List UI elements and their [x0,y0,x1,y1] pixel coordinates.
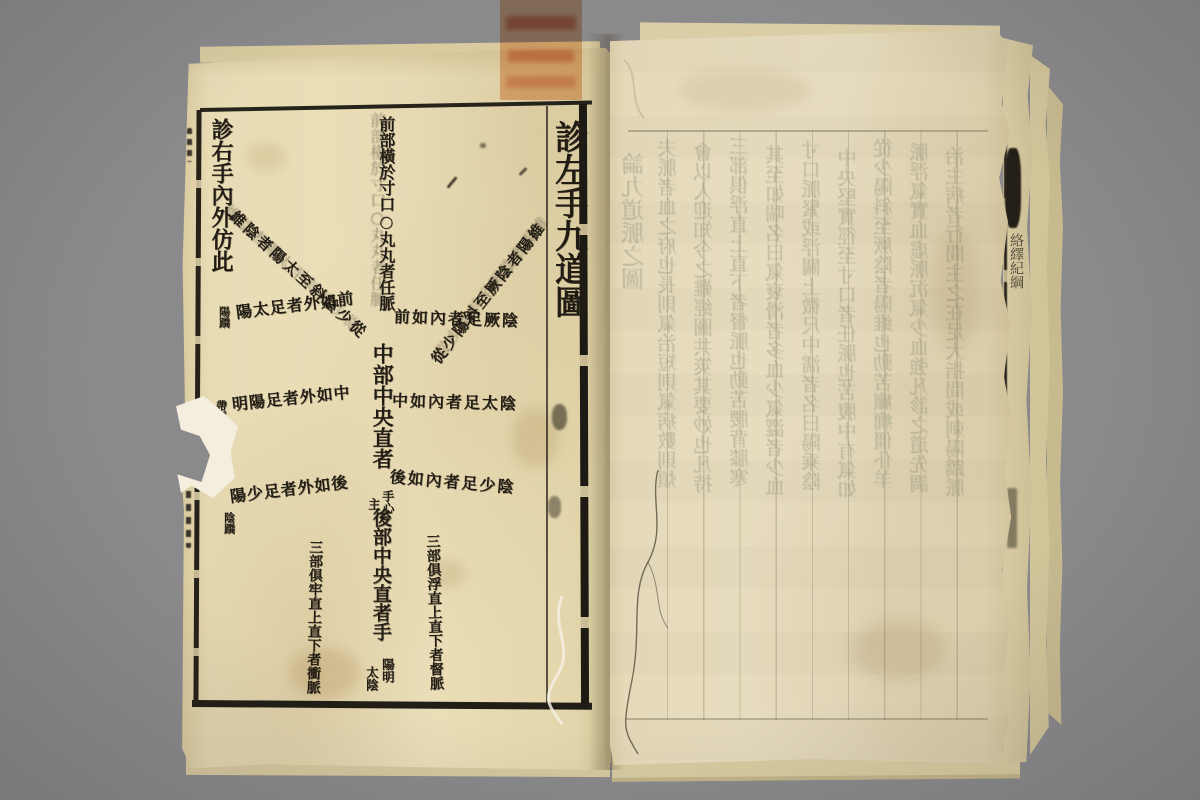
fore-edge-fragment-text: 絡繹紀綱 [1006,233,1024,289]
sticker-red-band-1 [506,16,576,30]
center-bottom-small-left: 太陰 [364,666,378,691]
photo-of-antique-book: 絡繹紀綱 診左手九道圖 診右手內外仿此 前部橫於寸口○丸丸者任脈 前部橫於寸口○… [0,0,1200,800]
ink-speck-1 [480,143,486,148]
center-column-top: 前部橫於寸口○丸丸者任脈 [377,116,394,311]
bleedthrough-text-column: 論九道脈之圖 [618,152,654,290]
row-right-2: 中如內者足太陰 [392,388,519,414]
diagonal-left: 維陰者陽太至斜陰少從 [226,206,373,343]
left-page: 診左手九道圖 診右手內外仿此 前部橫於寸口○丸丸者任脈 前部橫於寸口○丸丸者任脈… [180,48,612,770]
sticker-red-band-2 [508,50,574,62]
page-title: 診左手九道圖 [550,120,587,318]
bleedthrough-text-column: 其至如喘名曰氣衰滑者多血少氣澀者少血 [764,145,790,496]
sticker-red-band-3 [506,76,576,88]
stray-ink-dash-2 [518,167,527,176]
diagonal-right: 從少陽斜至厥陰者陽維 [426,217,550,368]
ink-smudge-title-1 [552,404,567,430]
frame-top-border [200,100,592,111]
bleedthrough-text-column: 從少陽斜至厥陰者陽維也動苦癲癇僵仆羊 [872,138,898,489]
center-bottom-small-right: 陽明 [380,658,394,683]
bleedthrough-text-column: 寸口脈緊或浮關上微尺中濡者名曰陽乘陰 [800,140,826,491]
margin-note: 診右手內外仿此 [204,118,237,272]
column-chongmai: 三部倶牢直上直下者衝脈 [305,540,323,694]
bleedthrough-text-column: 中央堅實徑至寸口者任脈也苦腹中有氣如 [836,148,862,499]
center-column-middle: 中部中央直者 [370,343,394,469]
ink-speck-2 [275,248,280,252]
row-left-3: 陽少足者外如後 [229,470,350,507]
stray-ink-dash-1 [446,176,457,189]
row-right-3: 後如內者足少陰 [389,464,517,498]
left-edge-fragment-1 [187,128,192,162]
right-page: 論九道脈之圖 夫脈者血之府也長則氣治短則氣病數則煩 會以人迎知今之難經圖共筴其要… [610,30,1012,768]
bleedthrough-text-column: 脈浮氣實血虛脈沉氣少血強凡診之道先調 [908,142,934,493]
row-left-3-note: 陰蹻 [222,512,235,534]
row-left-2: 明陽足者外如中 [231,380,352,415]
center-column-bottom: 後部中央直者手 [370,508,391,641]
bleedthrough-text-column: 三部倶浮直上直下者督脈也動苦腰背膝寒 [728,136,754,487]
column-dumai: 三部倶浮直上直下者督脈 [424,534,443,691]
bleedthrough-text-column: 治主病者行間主之在足大指間或刺陽蹻脈 [944,146,970,497]
frame-bottom-border [192,700,592,710]
bleedthrough-text-column: 會以人迎知今之難經圖共筴其要妙也凡持 [692,142,718,493]
sticker [500,0,582,100]
row-left-1-note: 陽蹻 [217,306,230,328]
bleedthrough-text-column: 夫脈者血之府也長則氣治短則氣病數則煩 [656,138,682,489]
ink-smudge-title-2 [548,496,561,518]
fore-edge-ink-smear [1005,148,1021,228]
frame-title-divider [546,106,548,704]
